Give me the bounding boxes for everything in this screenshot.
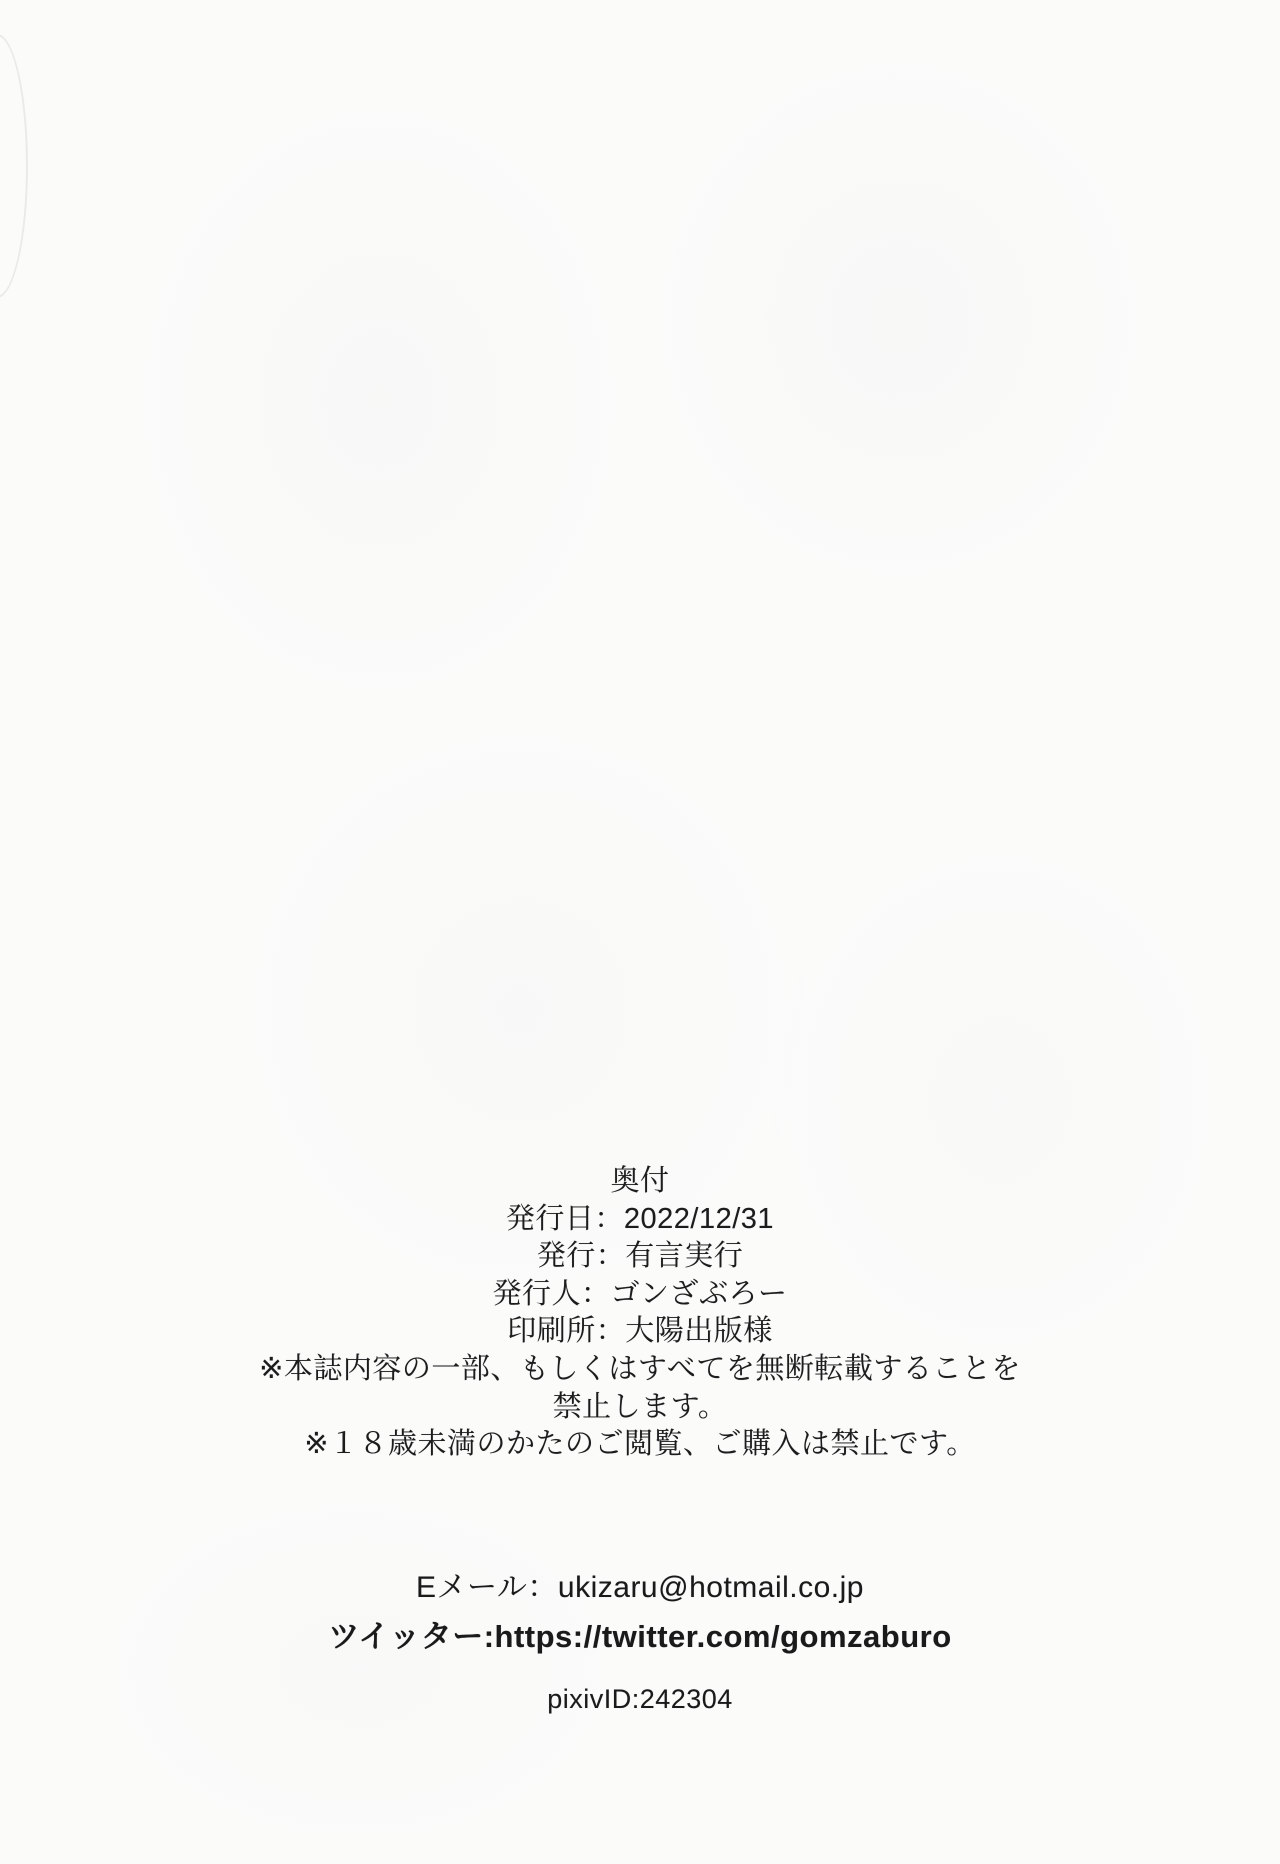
publisher-person-line: 発行人：ゴンざぶろー <box>0 1276 1280 1314</box>
reprint-notice-line-1: ※本誌内容の一部、もしくはすべてを無断転載することを <box>0 1351 1280 1389</box>
colophon-title: 奥付 <box>0 1163 1280 1201</box>
pixiv-id-line: pixivID:242304 <box>0 1679 1280 1719</box>
twitter-line: ツイッター:https://twitter.com/gomzaburo <box>0 1613 1280 1661</box>
contact-block: Eメール：ukizaru@hotmail.co.jp ツイッター:https:/… <box>0 1565 1280 1719</box>
showthrough-ghost <box>640 40 1160 600</box>
email-line: Eメール：ukizaru@hotmail.co.jp <box>0 1565 1280 1611</box>
colophon-block: 奥付 発行日：2022/12/31 発行：有言実行 発行人：ゴンざぶろー 印刷所… <box>0 1163 1280 1464</box>
printer-line: 印刷所：大陽出版様 <box>0 1313 1280 1351</box>
showthrough-ghost <box>120 80 640 720</box>
publisher-line: 発行：有言実行 <box>0 1238 1280 1276</box>
age-notice-line: ※１８歳未満のかたのご閲覧、ご購入は禁止です。 <box>0 1426 1280 1464</box>
reprint-notice-line-2: 禁止します。 <box>0 1389 1280 1427</box>
scanned-colophon-page: 奥付 発行日：2022/12/31 発行：有言実行 発行人：ゴンざぶろー 印刷所… <box>0 0 1280 1864</box>
scan-edge-artifact <box>0 34 28 298</box>
publish-date-line: 発行日：2022/12/31 <box>0 1201 1280 1239</box>
